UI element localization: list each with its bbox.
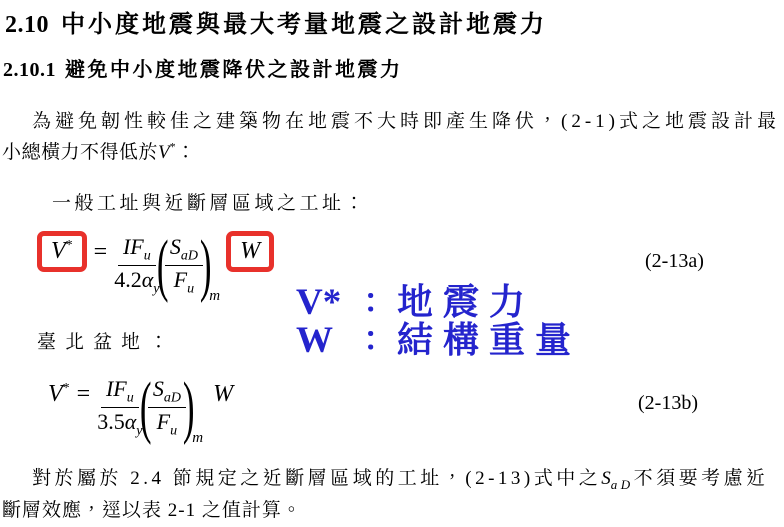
- eq2-numerator: IFu: [101, 376, 139, 408]
- paragraph-2-line-1-tail: 不須要考慮近: [634, 468, 769, 489]
- legend-term-seismic-force: 地震力: [397, 284, 535, 320]
- equals-sign: =: [94, 239, 108, 266]
- equation-label-2-13b: (2-13b): [638, 392, 698, 415]
- eq1-inner-fraction: SaD Fu: [165, 234, 203, 298]
- eq1-den-coef: 4.2: [114, 267, 142, 292]
- eq2-inner-fraction: SaD Fu: [148, 376, 186, 440]
- legend-row-v: V* ： 地震力: [296, 284, 581, 322]
- eq2-denominator: 3.5αy: [97, 408, 142, 439]
- section-heading: 2.10中小度地震與最大考量地震之設計地震力: [5, 4, 547, 39]
- inline-math-sad: S: [601, 468, 611, 489]
- eq1-num-sub: u: [144, 248, 151, 263]
- eq1-inner-den-var: F: [174, 267, 187, 292]
- legend-row-w: W ： 結構重量: [296, 322, 581, 360]
- section-title: 中小度地震與最大考量地震之設計地震力: [61, 12, 547, 38]
- paragraph-1-line-2-text: 小總橫力不得低於: [2, 142, 158, 163]
- legend-term-structure-weight: 結構重量: [397, 322, 581, 358]
- eq2-inner-num-sub: aD: [164, 390, 181, 405]
- general-site-line: 一般工址與近斷層區域之工址：: [52, 188, 367, 215]
- eq2-den-coef: 3.5: [97, 409, 125, 434]
- paragraph-1-line-2-colon: ：: [176, 142, 196, 163]
- eq1-inner-num-sub: aD: [181, 248, 198, 263]
- eq2-inner-den-sub: u: [170, 424, 177, 439]
- open-paren: (: [156, 235, 168, 297]
- paragraph-2-line-1: 對於屬於 2.4 節規定之近斷層區域的工址，(2-13)式中之SaD不須要考慮近: [32, 463, 769, 493]
- eq2-group-subscript: m: [192, 430, 203, 447]
- red-annotation-box-w: W: [226, 231, 274, 272]
- legend-colon: ：: [363, 322, 397, 358]
- eq1-inner-num-var: S: [170, 234, 181, 259]
- paragraph-2-line-1-text: 對於屬於 2.4 節規定之近斷層區域的工址，(2-13)式中之: [32, 468, 601, 489]
- eq1-num-var: IF: [123, 234, 144, 259]
- eq2-inner-denominator: Fu: [157, 408, 177, 439]
- red-annotation-box-v: V*: [37, 231, 87, 272]
- legend-symbol-v: V*: [296, 284, 363, 321]
- eq2-num-sub: u: [127, 390, 134, 405]
- eq2-rhs: W: [213, 381, 233, 408]
- eq2-num-var: IF: [106, 376, 127, 401]
- eq1-numerator: IFu: [118, 234, 156, 266]
- paragraph-1-line-1: 為避免韌性較佳之建築物在地震不大時即產生降伏，(2-1)式之地震設計最: [32, 106, 780, 133]
- eq1-inner-denominator: Fu: [174, 266, 194, 297]
- taipei-basin-line: 臺北盆地：: [37, 327, 177, 354]
- equals-sign: =: [77, 381, 91, 408]
- equation-label-2-13a: (2-13a): [645, 250, 704, 273]
- eq1-main-fraction: IFu 4.2αy: [114, 234, 159, 298]
- subsection-number: 2.10.1: [3, 59, 56, 81]
- eq1-lhs: V: [51, 238, 66, 264]
- annotation-legend: V* ： 地震力 W ： 結構重量: [296, 284, 581, 360]
- inline-math-sad-sub: aD: [611, 477, 634, 492]
- eq1-rhs: W: [240, 238, 260, 264]
- eq2-lhs-sup: *: [63, 381, 70, 396]
- equation-2-13b: V* = IFu 3.5αy ( SaD Fu ) m W: [48, 376, 233, 440]
- eq1-group-subscript: m: [209, 288, 220, 305]
- eq1-inner-numerator: SaD: [165, 234, 203, 266]
- paragraph-1-line-2: 小總橫力不得低於V*：: [2, 137, 196, 164]
- subsection-heading: 2.10.1避免中小度地震降伏之設計地震力: [3, 53, 403, 82]
- eq2-lhs-wrap: V*: [48, 381, 70, 408]
- open-paren: (: [139, 377, 151, 439]
- paragraph-2-line-2: 斷層效應，逕以表 2-1 之值計算。: [2, 495, 302, 522]
- eq2-main-fraction: IFu 3.5αy: [97, 376, 142, 440]
- section-number: 2.10: [5, 12, 49, 38]
- legend-symbol-w: W: [296, 322, 363, 359]
- document-page: 2.10中小度地震與最大考量地震之設計地震力 2.10.1避免中小度地震降伏之設…: [0, 0, 784, 527]
- eq1-inner-den-sub: u: [187, 282, 194, 297]
- eq2-inner-numerator: SaD: [148, 376, 186, 408]
- eq2-inner-den-var: F: [157, 409, 170, 434]
- eq2-den-var: α: [125, 409, 137, 434]
- eq1-denominator: 4.2αy: [114, 266, 159, 297]
- eq1-lhs-sup: *: [66, 238, 73, 253]
- legend-colon: ：: [363, 284, 397, 320]
- eq2-inner-num-var: S: [153, 376, 164, 401]
- subsection-title: 避免中小度地震降伏之設計地震力: [65, 59, 403, 81]
- inline-math-v: V: [158, 142, 170, 163]
- eq2-lhs: V: [48, 381, 63, 407]
- equation-2-13a: V* = IFu 4.2αy ( SaD Fu ) m W: [37, 234, 274, 298]
- eq1-den-var: α: [142, 267, 154, 292]
